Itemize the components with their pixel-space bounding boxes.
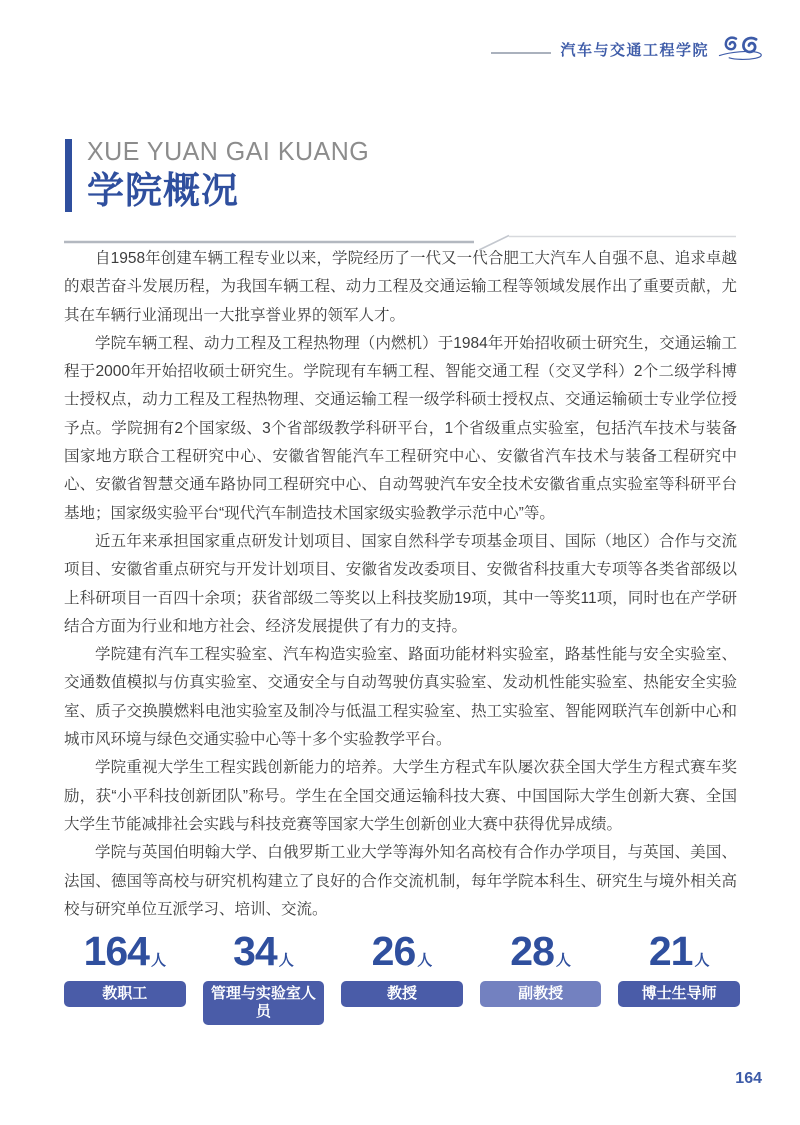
stat-associate-professors-label: 副教授 <box>480 981 602 1007</box>
section-title-pinyin: XUE YUAN GAI KUANG <box>87 139 369 165</box>
paragraph-international: 学院与英国伯明翰大学、白俄罗斯工业大学等海外知名高校有合作办学项目，与英国、美国… <box>64 839 737 924</box>
page-header: 汽车与交通工程学院 <box>491 30 764 59</box>
stat-associate-professors: 28人 副教授 <box>480 931 602 1025</box>
title-accent-bar <box>65 139 72 212</box>
stat-associate-professors-value: 28 <box>510 928 554 974</box>
brochure-page: 汽车与交通工程学院 XUE YUAN GAI KUANG 学院概况 自1958年… <box>0 0 800 1125</box>
stat-doctoral-supervisors: 21人 博士生导师 <box>618 931 740 1025</box>
page-number: 164 <box>735 1070 762 1088</box>
stat-admin-lab-number: 34人 <box>203 931 325 972</box>
section-title-block: XUE YUAN GAI KUANG 学院概况 <box>65 139 369 212</box>
paragraph-research: 近五年来承担国家重点研发计划项目、国家自然科学专项基金项目、国际（地区）合作与交… <box>64 528 737 641</box>
paragraph-programs: 学院车辆工程、动力工程及工程热物理（内燃机）于1984年开始招收硕士研究生，交通… <box>64 330 737 528</box>
stat-associate-professors-unit: 人 <box>556 952 571 969</box>
section-title: 学院概况 <box>87 172 369 209</box>
stat-staff-number: 164人 <box>64 931 186 972</box>
stat-staff-unit: 人 <box>151 952 166 969</box>
stat-doctoral-supervisors-unit: 人 <box>694 952 709 969</box>
stat-admin-lab-unit: 人 <box>279 952 294 969</box>
paragraph-history: 自1958年创建车辆工程专业以来，学院经历了一代又一代合肥工大汽车人自强不息、追… <box>64 245 737 330</box>
statistics-row: 164人 教职工 34人 管理与实验室人员 26人 教授 28人 副教授 21人 <box>64 931 740 1025</box>
department-name: 汽车与交通工程学院 <box>560 43 709 58</box>
paragraph-laboratories: 学院建有汽车工程实验室、汽车构造实验室、路面功能材料实验室，路基性能与安全实验室… <box>64 641 737 754</box>
stat-associate-professors-number: 28人 <box>480 931 602 972</box>
stat-staff-label: 教职工 <box>64 981 186 1007</box>
stat-doctoral-supervisors-label: 博士生导师 <box>618 981 740 1007</box>
stat-professors-unit: 人 <box>417 952 432 969</box>
stat-admin-lab-label: 管理与实验室人员 <box>203 981 325 1025</box>
stat-doctoral-supervisors-value: 21 <box>649 928 693 974</box>
stat-admin-lab-value: 34 <box>233 928 277 974</box>
stat-staff-value: 164 <box>84 928 149 974</box>
stat-staff: 164人 教职工 <box>64 931 186 1025</box>
university-swirl-logo-icon <box>718 30 764 66</box>
stat-professors-value: 26 <box>372 928 416 974</box>
stat-professors: 26人 教授 <box>341 931 463 1025</box>
paragraph-student-awards: 学院重视大学生工程实践创新能力的培养。大学生方程式车队屡次获全国大学生方程式赛车… <box>64 754 737 839</box>
stat-professors-label: 教授 <box>341 981 463 1007</box>
stat-admin-lab-staff: 34人 管理与实验室人员 <box>203 931 325 1025</box>
stat-professors-number: 26人 <box>341 931 463 972</box>
stat-doctoral-supervisors-number: 21人 <box>618 931 740 972</box>
header-rule <box>491 52 551 54</box>
overview-body: 自1958年创建车辆工程专业以来，学院经历了一代又一代合肥工大汽车人自强不息、追… <box>64 245 737 924</box>
